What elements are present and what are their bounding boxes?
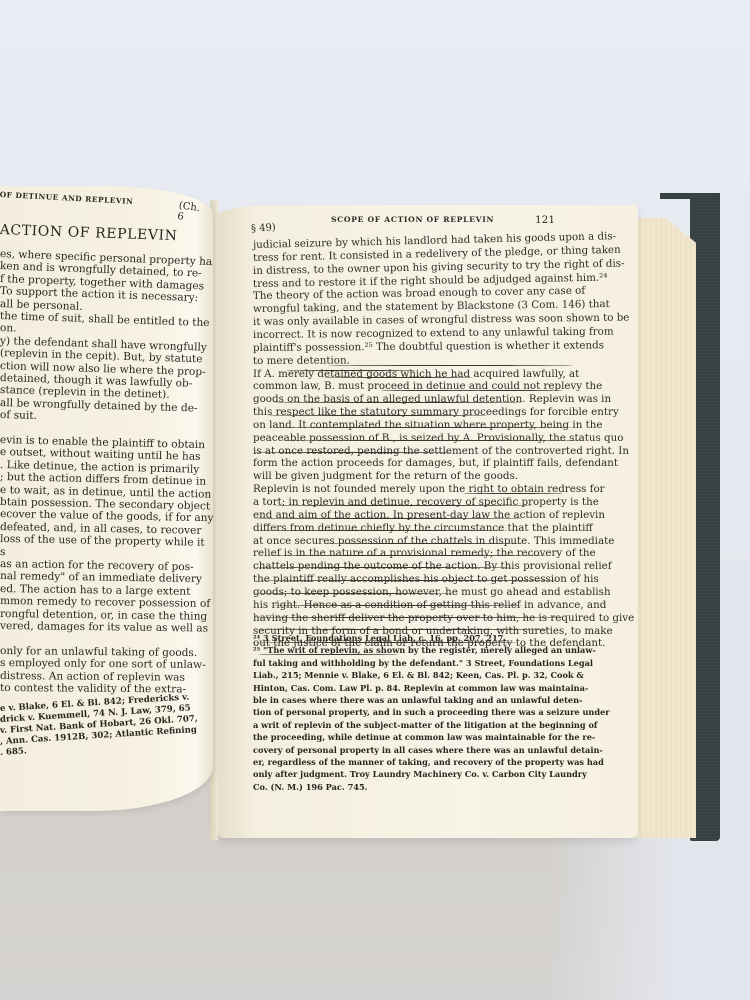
pen-underline-stroke [273, 605, 523, 606]
text-line: goods; to keep possession, however, he m… [253, 586, 611, 598]
text-line: on. [0, 322, 17, 335]
section-title: ACTION OF REPLEVIN [0, 222, 178, 244]
text-line: incorrect. It is now recognized to exten… [253, 325, 614, 341]
pen-underline-stroke [258, 530, 508, 531]
footnote-line: er, regardless of the manner of taking, … [253, 757, 604, 767]
pen-underline-stroke [253, 629, 553, 630]
text-line: of suit. [0, 409, 37, 422]
right-page: § 49) SCOPE OF ACTION OF REPLEVIN 121 ju… [213, 205, 638, 838]
page-block-edges [628, 218, 696, 838]
text-line: s [0, 546, 6, 558]
pen-underline-stroke [253, 593, 453, 594]
text-line: form the action proceeds for damages, bu… [253, 457, 618, 469]
running-head: OF DETINUE AND REPLEVIN [0, 190, 134, 206]
pen-underline-stroke [268, 415, 488, 416]
pen-underline-stroke [253, 567, 513, 568]
text-line: vered, damages for its value as well as [0, 620, 208, 635]
footnote-line: a writ of replevin of the subject-matter… [253, 720, 597, 730]
pen-underline-stroke [268, 555, 548, 556]
pen-underline-stroke [453, 390, 563, 391]
text-line: a tort; in replevin and detinue, recover… [253, 496, 599, 508]
text-line: at once secures possession of the chatte… [253, 535, 614, 547]
chapter-reference: (Ch. 6 [177, 200, 207, 226]
pen-underline-stroke [283, 440, 583, 441]
text-line: the time of suit, shall be entitled to t… [0, 310, 210, 329]
footnote-line: Co. (N. M.) 196 Pac. 745. [253, 782, 368, 792]
text-line: distress. An action of replevin was [0, 670, 185, 684]
text-line: loss of the use of the property while it [0, 533, 205, 549]
footnote-line: . 685. [0, 746, 27, 758]
text-line: plaintiff's possession.²⁵ The doubtful q… [253, 339, 604, 354]
text-line: peaceable possession of B., is seized by… [253, 432, 623, 444]
pen-underline-stroke [273, 427, 573, 428]
pen-underline-stroke [253, 518, 523, 519]
text-line: differs from detinue chiefly by the circ… [253, 522, 593, 534]
text-line: will be given judgment for the return of… [253, 470, 518, 482]
pen-underline-stroke [273, 505, 533, 506]
pen-underline-stroke [328, 365, 573, 366]
footnote-line: tion of personal property, and in such a… [253, 707, 610, 717]
footnote-line: the proceeding, while detinue at common … [253, 732, 595, 742]
text-line: is at once restored, pending the settlem… [253, 445, 629, 457]
footnote-line: Liab., 215; Mennie v. Blake, 6 El. & Bl.… [253, 670, 584, 680]
pen-underline-stroke [323, 543, 523, 544]
pen-underline-stroke [253, 452, 453, 453]
pen-underline-stroke [253, 617, 563, 618]
text-line: s employed only for one sort of unlaw- [0, 657, 206, 671]
pen-underline-stroke [258, 580, 558, 581]
section-reference: § 49) [251, 222, 277, 235]
text-line: goods on the basis of an alleged unlawfu… [253, 393, 611, 405]
page-number: 121 [535, 214, 555, 226]
text-line: on land. It contemplated the situation w… [253, 419, 602, 431]
pen-underline-stroke [258, 642, 518, 643]
pen-underline-stroke [463, 493, 563, 494]
pen-underline-stroke [258, 654, 398, 655]
footnote-line: only after judgment. Troy Laundry Machin… [253, 769, 587, 779]
footnote-line: ble in cases where there was an unlawful… [253, 695, 582, 705]
text-line: this respect like the statutory summary … [253, 406, 619, 418]
pen-underline-stroke [286, 370, 416, 371]
pen-underline-stroke [273, 402, 523, 403]
footnote-line: covery of personal property in all cases… [253, 745, 603, 755]
text-line: end and aim of the action. In present-da… [253, 509, 605, 521]
text-line: relief is in the nature of a provisional… [253, 547, 596, 559]
running-head: SCOPE OF ACTION OF REPLEVIN [331, 215, 494, 224]
footnote-line: ful taking and withholding by the defend… [253, 658, 593, 668]
left-page: OF DETINUE AND REPLEVIN (Ch. 6 ACTION OF… [0, 186, 213, 811]
pen-underline-stroke [323, 377, 473, 378]
footnote-line: Hinton, Cas. Com. Law Pl. p. 84. Replevi… [253, 683, 588, 693]
